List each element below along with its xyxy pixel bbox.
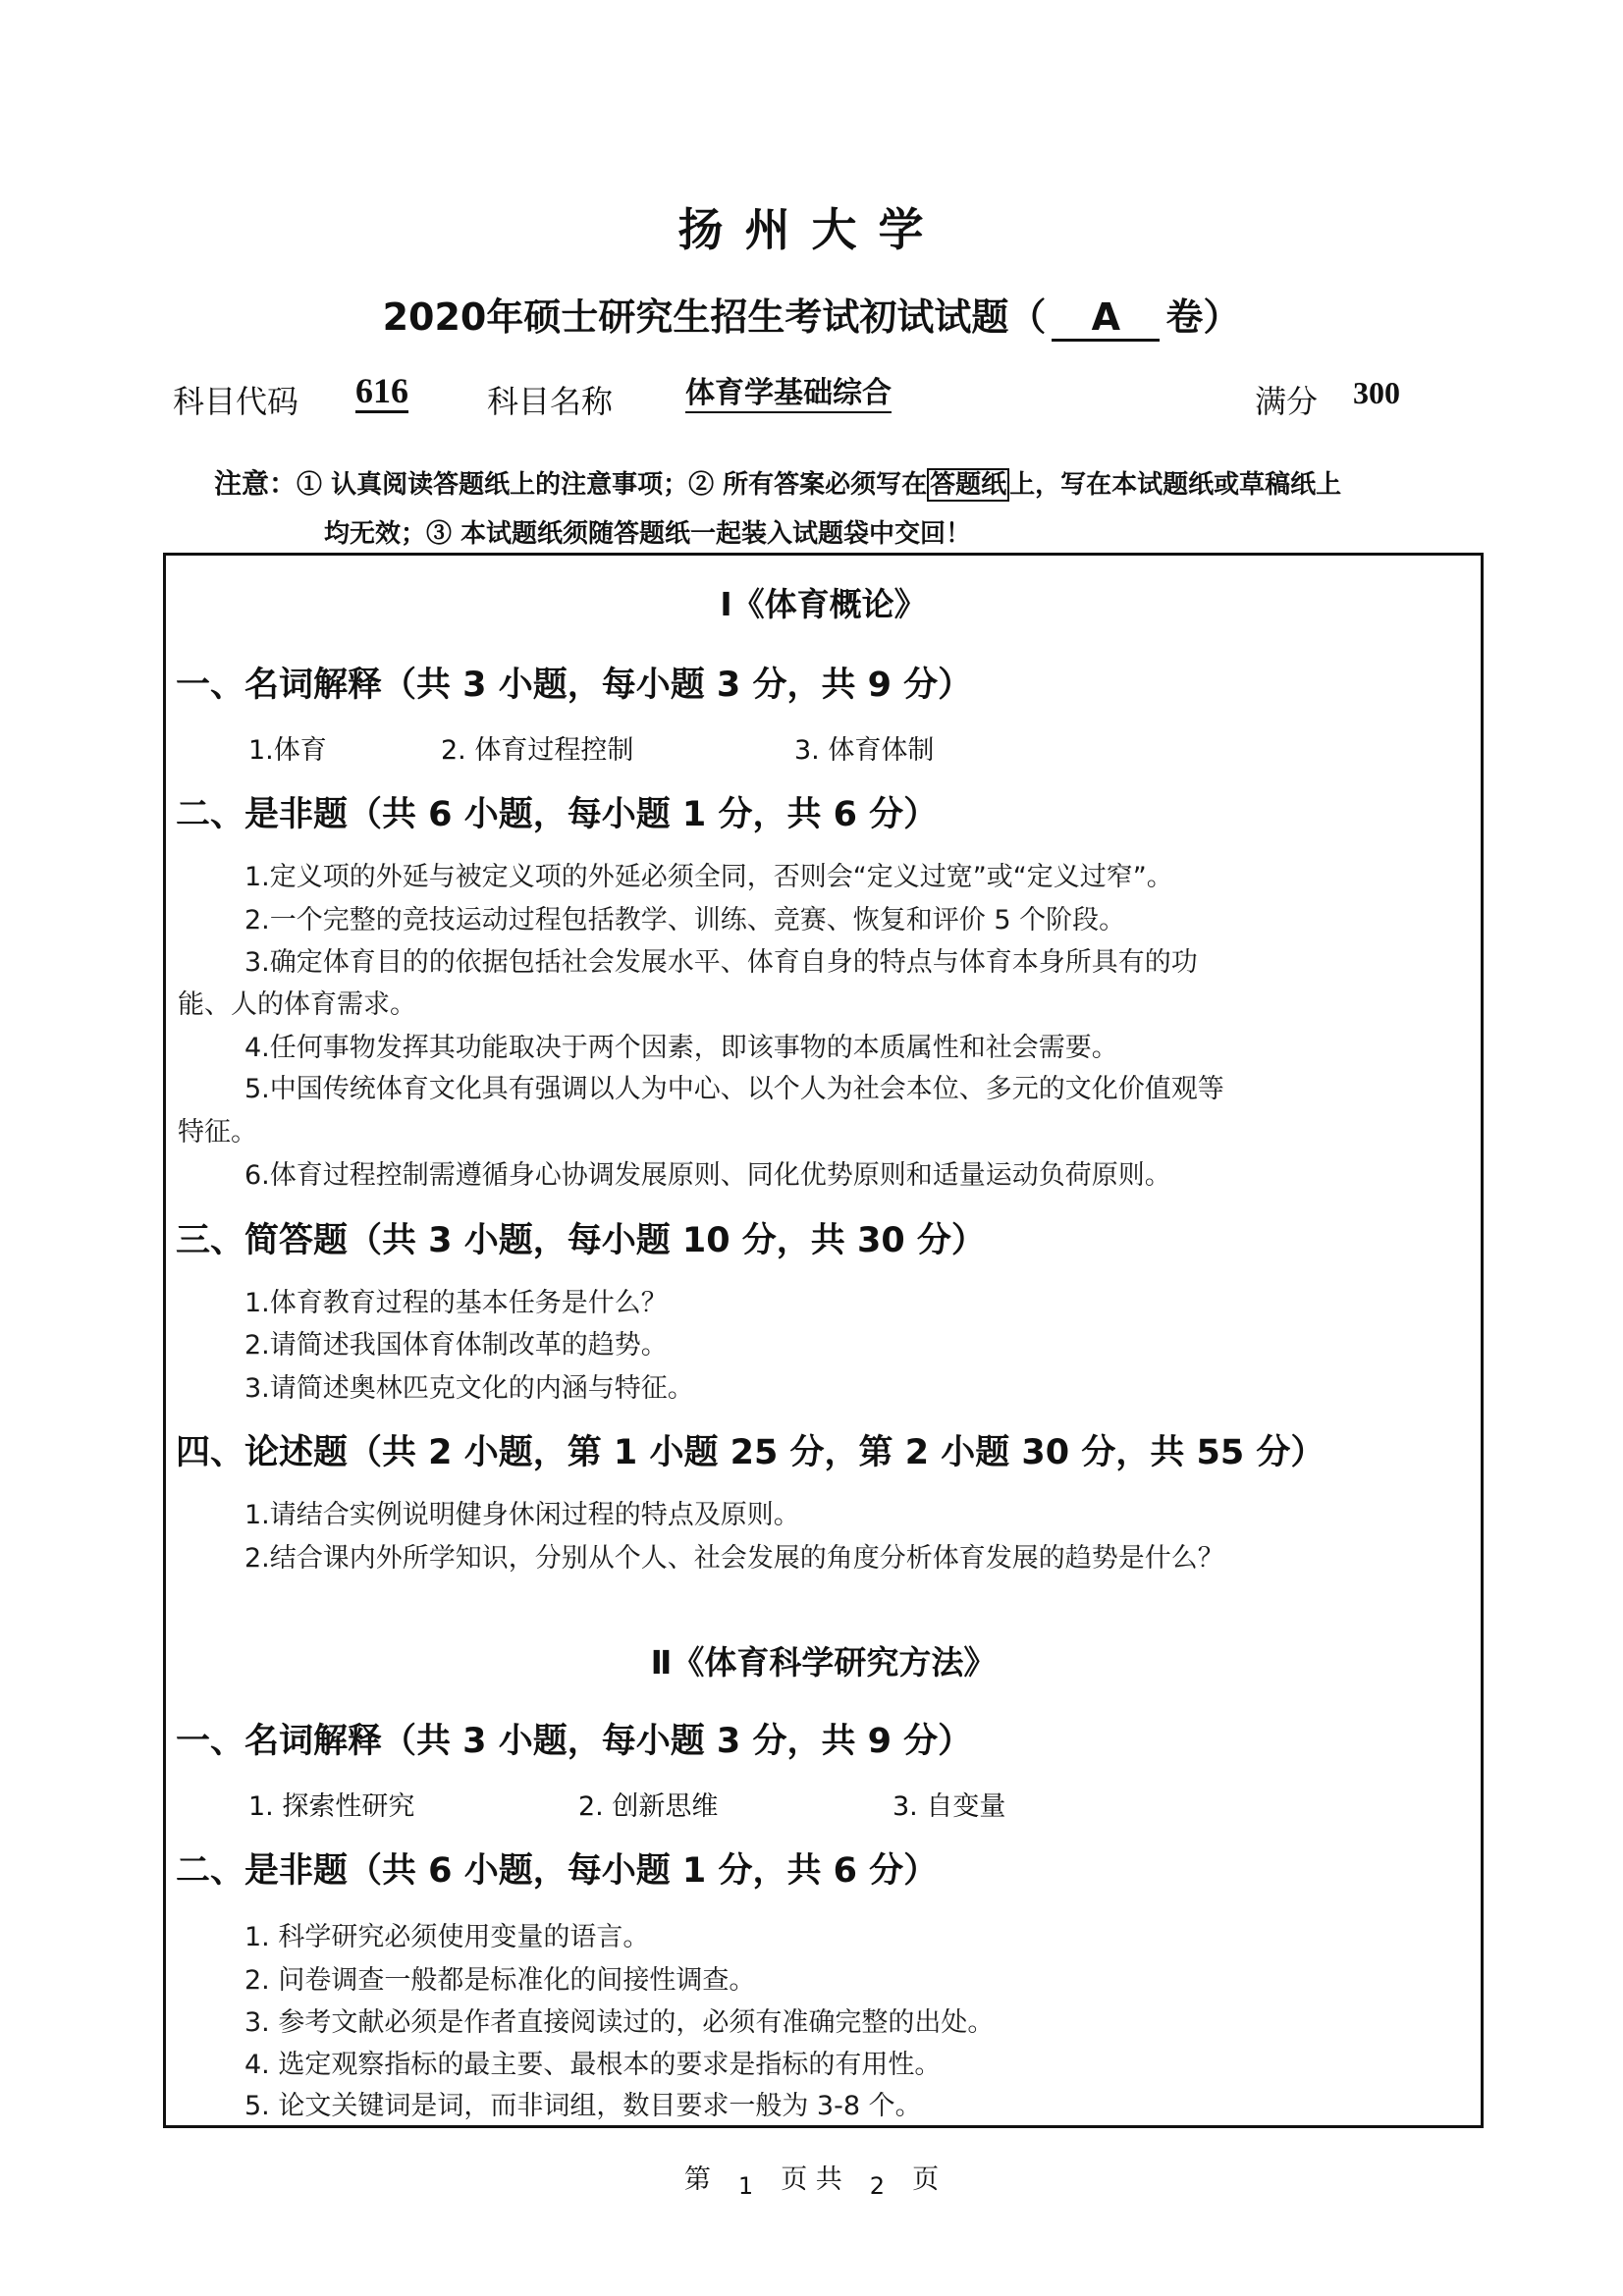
term-item: 1.体育 [248,728,327,767]
exam-title-prefix: 2020年硕士研究生招生考试初试试题（ [383,295,1047,339]
question-item: 1.请结合实例说明健身休闲过程的特点及原则。 [244,1494,1463,1537]
subject-code: 616 [355,373,408,413]
paper-type: A [1052,297,1160,342]
notice-line-1: 注意：① 认真阅读答题纸上的注意事项；② 所有答案必须写在答题纸上，写在本试题纸… [214,459,1481,509]
term-item: 3. 体育体制 [794,728,934,767]
subject-name: 体育学基础综合 [685,377,892,413]
exam-title: 2020年硕士研究生招生考试初试试题（A卷） [0,287,1623,342]
question-item: 4. 选定观察指标的最主要、最根本的要求是指标的有用性。 [244,2044,1463,2087]
page-total: 2 [870,2172,885,2200]
part-1-title: Ⅰ《体育概论》 [166,579,1481,625]
part-1-section-2-heading: 二、是非题（共 6 小题，每小题 1 分，共 6 分） [176,787,938,836]
question-item: 3.确定体育目的的依据包括社会发展水平、体育自身的特点与体育本身所具有的功 [244,941,1463,985]
question-item: 2.一个完整的竞技运动过程包括教学、训练、竞赛、恢复和评价 5 个阶段。 [244,899,1463,942]
question-item: 1. 科学研究必须使用变量的语言。 [244,1916,1463,1959]
question-item: 6.体育过程控制需遵循身心协调发展原则、同化优势原则和适量运动负荷原则。 [244,1154,1463,1198]
term-item: 3. 自变量 [893,1785,1005,1823]
question-item: 2.请简述我国体育体制改革的趋势。 [244,1324,1463,1367]
answer-sheet-boxed: 答题纸 [927,468,1009,502]
exam-title-suffix: 卷） [1165,295,1240,339]
full-score-label: 满分 [1255,377,1318,422]
question-item-continuation: 能、人的体育需求。 [178,984,1463,1027]
subject-name-label: 科目名称 [487,377,613,422]
page-mid: 页 共 [781,2164,842,2195]
question-item: 5.中国传统体育文化具有强调以人为中心、以个人为社会本位、多元的文化价值观等 [244,1068,1463,1111]
exam-content-box: Ⅰ《体育概论》 一、名词解释（共 3 小题，每小题 3 分，共 9 分） 1.体… [163,553,1484,2128]
page-suffix: 页 [912,2164,939,2195]
question-item: 1.体育教育过程的基本任务是什么？ [244,1282,1463,1325]
notice-text-2: 上，写在本试题纸或草稿纸上 [1009,470,1341,500]
part-1-section-3-heading: 三、简答题（共 3 小题，每小题 10 分，共 30 分） [176,1213,986,1262]
question-item: 3.请简述奥林匹克文化的内涵与特征。 [244,1367,1463,1411]
notice: 注意：① 认真阅读答题纸上的注意事项；② 所有答案必须写在答题纸上，写在本试题纸… [214,459,1481,559]
term-item: 2. 创新思维 [578,1785,718,1823]
subject-code-label: 科目代码 [173,377,298,422]
page-prefix: 第 [684,2164,711,2195]
subject-meta-row: 科目代码 616 科目名称 体育学基础综合 满分 300 [173,377,1420,422]
full-score: 300 [1353,375,1400,411]
part-1-section-4-heading: 四、论述题（共 2 小题，第 1 小题 25 分，第 2 小题 30 分，共 5… [176,1425,1325,1474]
page-number: 第1页 共2页 [0,2158,1623,2196]
question-item: 5. 论文关键词是词，而非词组，数目要求一般为 3-8 个。 [244,2085,1463,2128]
term-item: 2. 体育过程控制 [441,728,633,767]
notice-text-1: ① 认真阅读答题纸上的注意事项；② 所有答案必须写在 [297,470,927,500]
question-item: 2.结合课内外所学知识，分别从个人、社会发展的角度分析体育发展的趋势是什么？ [244,1537,1463,1580]
part-2-section-2-heading: 二、是非题（共 6 小题，每小题 1 分，共 6 分） [176,1843,938,1893]
question-item: 4.任何事物发挥其功能取决于两个因素，即该事物的本质属性和社会需要。 [244,1027,1463,1070]
question-item: 3. 参考文献必须是作者直接阅读过的，必须有准确完整的出处。 [244,2002,1463,2045]
part-2-title: Ⅱ《体育科学研究方法》 [166,1637,1481,1683]
question-item: 2. 问卷调查一般都是标准化的间接性调查。 [244,1959,1463,2002]
part-1-section-1-heading: 一、名词解释（共 3 小题，每小题 3 分，共 9 分） [176,658,972,707]
notice-line-2: 均无效；③ 本试题纸须随答题纸一起装入试题袋中交回！ [214,509,1481,559]
page-current: 1 [738,2172,753,2200]
part-2-section-1-heading: 一、名词解释（共 3 小题，每小题 3 分，共 9 分） [176,1714,972,1763]
term-item: 1. 探索性研究 [248,1785,414,1823]
university-name: 扬州大学 [0,194,1623,259]
notice-label: 注意： [214,467,297,500]
question-item: 1.定义项的外延与被定义项的外延必须全同，否则会“定义过宽”或“定义过窄”。 [244,856,1463,899]
question-item-continuation: 特征。 [178,1111,1463,1154]
